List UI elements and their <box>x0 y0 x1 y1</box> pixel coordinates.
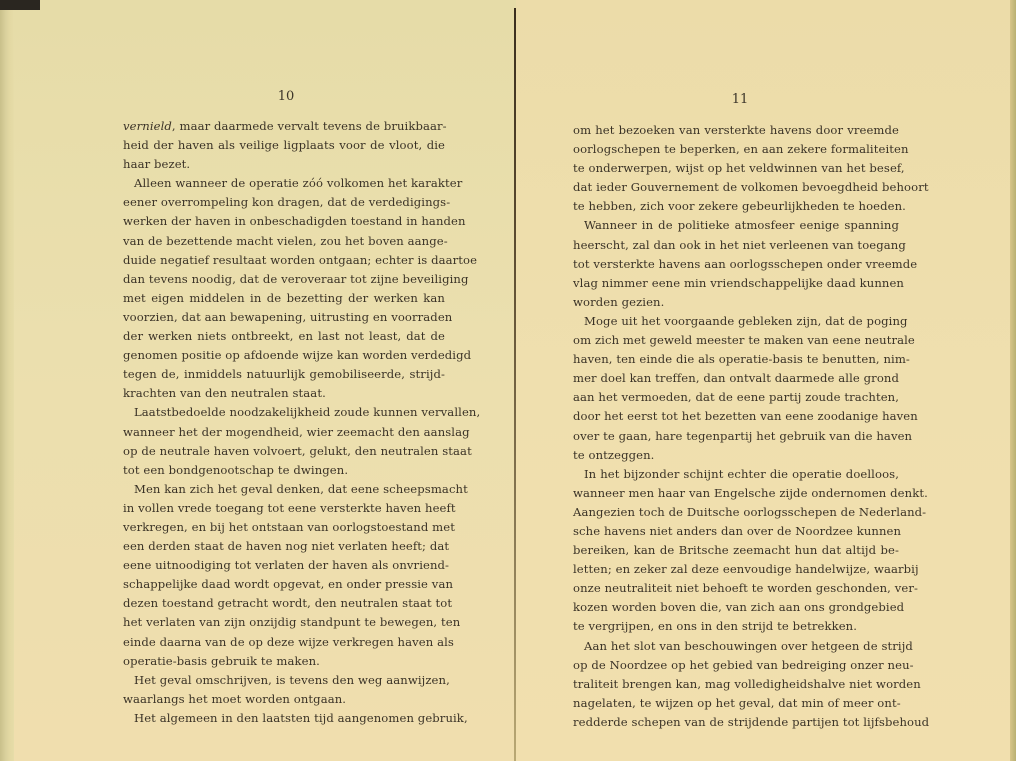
text-line: duide negatief resultaat worden ontgaan;… <box>123 251 445 270</box>
text-line: der werken niets ontbreekt, en last not … <box>123 327 445 346</box>
text-line: over te gaan, hare tegenpartij het gebru… <box>573 427 899 446</box>
text-line: Moge uit het voorgaande gebleken zijn, d… <box>573 312 899 331</box>
text-line: redderde schepen van de strijdende parti… <box>573 713 899 732</box>
text-line: heid der haven als veilige ligplaats voo… <box>123 136 445 155</box>
text-line: het verlaten van zijn onzijdig standpunt… <box>123 613 445 632</box>
page-number-left: 10 <box>266 89 306 104</box>
text-line: tegen de, inmiddels natuurlijk gemobilis… <box>123 365 445 384</box>
text-line: Laatstbedoelde noodzakelijkheid zoude ku… <box>123 403 445 422</box>
text-line: letten; en zeker zal deze eenvoudige han… <box>573 560 899 579</box>
text-line: aan het vermoeden, dat de eene partij zo… <box>573 388 899 407</box>
text-line: eene uitnoodiging tot verlaten der haven… <box>123 556 445 575</box>
right-page-text: om het bezoeken van versterkte havens do… <box>573 121 899 732</box>
text-line: Men kan zich het geval denken, dat eene … <box>123 480 445 499</box>
text-line: heerscht, zal dan ook in het niet verlee… <box>573 236 899 255</box>
text-line: dan tevens noodig, dat de veroveraar tot… <box>123 270 445 289</box>
text-line: op de neutrale haven volvoert, gelukt, d… <box>123 442 445 461</box>
text-line: in vollen vrede toegang tot eene verster… <box>123 499 445 518</box>
text-line: waarlangs het moet worden ontgaan. <box>123 690 445 709</box>
text-line: van de bezettende macht vielen, zou het … <box>123 232 445 251</box>
text-line: krachten van den neutralen staat. <box>123 384 445 403</box>
text-line: eener overrompeling kon dragen, dat de v… <box>123 193 445 212</box>
text-line: door het eerst tot het bezetten van eene… <box>573 407 899 426</box>
text-line: onze neutraliteit niet behoeft te worden… <box>573 579 899 598</box>
text-line: Aan het slot van beschouwingen over hetg… <box>573 637 899 656</box>
text-line: wanneer het der mogendheid, wier zeemach… <box>123 423 445 442</box>
italic-word: vernield <box>123 119 172 133</box>
text-line: te vergrijpen, en ons in den strijd te b… <box>573 617 899 636</box>
text-line: Het geval omschrijven, is tevens den weg… <box>123 671 445 690</box>
text-line: werken der haven in onbeschadigden toest… <box>123 212 445 231</box>
text-line: haar bezet. <box>123 155 445 174</box>
text-line: Wanneer in de politieke atmosfeer eenige… <box>573 216 899 235</box>
text-line: worden gezien. <box>573 293 899 312</box>
left-page-text: vernield, maar daarmede vervalt tevens d… <box>123 117 445 728</box>
text-line: vlag nimmer eene min vriendschappelijke … <box>573 274 899 293</box>
text-line: Alleen wanneer de operatie zóó volkomen … <box>123 174 445 193</box>
page-number-right: 11 <box>720 92 760 107</box>
text-line: Aangezien toch de Duitsche oorlogsschepe… <box>573 503 899 522</box>
text-line: kozen worden boven die, van zich aan ons… <box>573 598 899 617</box>
text-line: schappelijke daad wordt opgevat, en onde… <box>123 575 445 594</box>
text-line: om zich met geweld meester te maken van … <box>573 331 899 350</box>
text-line: te onderwerpen, wijst op het veldwinnen … <box>573 159 899 178</box>
text-line: dezen toestand getracht wordt, den neutr… <box>123 594 445 613</box>
book-spread: 10 vernield, maar daarmede vervalt teven… <box>0 0 1016 761</box>
text-line: te ontzeggen. <box>573 446 899 465</box>
text-line: verkregen, en bij het ontstaan van oorlo… <box>123 518 445 537</box>
text-line: einde daarna van de op deze wijze verkre… <box>123 633 445 652</box>
text-line: mer doel kan treffen, dan ontvalt daarme… <box>573 369 899 388</box>
text-line: voorzien, dat aan bewapening, uitrusting… <box>123 308 445 327</box>
text-line: operatie-basis gebruik te maken. <box>123 652 445 671</box>
text-line: haven, ten einde die als operatie-basis … <box>573 350 899 369</box>
text-line: genomen positie op afdoende wijze kan wo… <box>123 346 445 365</box>
text-line: traliteit brengen kan, mag volledigheids… <box>573 675 899 694</box>
text-line: om het bezoeken van versterkte havens do… <box>573 121 899 140</box>
text-line: dat ieder Gouvernement de volkomen bevoe… <box>573 178 899 197</box>
text-line: Het algemeen in den laatsten tijd aangen… <box>123 709 445 728</box>
text-line: oorlogschepen te beperken, en aan zekere… <box>573 140 899 159</box>
text-line: een derden staat de haven nog niet verla… <box>123 537 445 556</box>
text-line: tot een bondgenootschap te dwingen. <box>123 461 445 480</box>
text-line: bereiken, kan de Britsche zeemacht hun d… <box>573 541 899 560</box>
left-page: 10 vernield, maar daarmede vervalt teven… <box>0 0 516 761</box>
text-line: vernield, maar daarmede vervalt tevens d… <box>123 117 445 136</box>
text-line: met eigen middelen in de bezetting der w… <box>123 289 445 308</box>
text-line: tot versterkte havens aan oorlogsschepen… <box>573 255 899 274</box>
text-line: sche havens niet anders dan over de Noor… <box>573 522 899 541</box>
text-line: wanneer men haar van Engelsche zijde ond… <box>573 484 899 503</box>
text-line: te hebben, zich voor zekere gebeurlijkhe… <box>573 197 899 216</box>
text-line: In het bijzonder schijnt echter die oper… <box>573 465 899 484</box>
text-line: nagelaten, te wijzen op het geval, dat m… <box>573 694 899 713</box>
text-line: op de Noordzee op het gebied van bedreig… <box>573 656 899 675</box>
